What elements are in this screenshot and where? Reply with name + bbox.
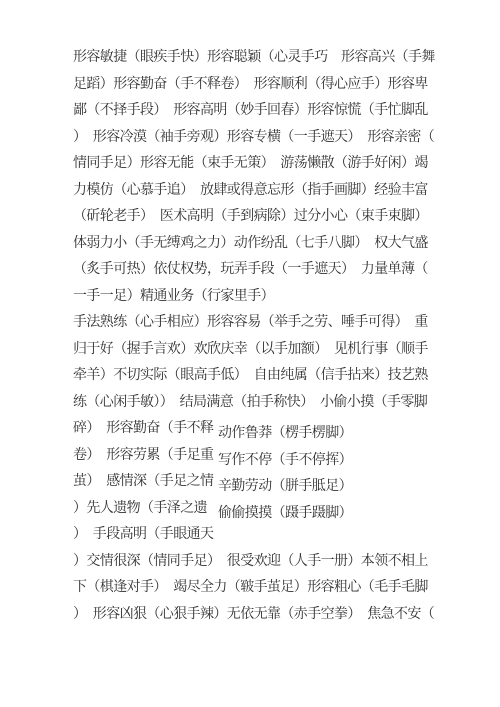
text-line: 形容敏捷（眼疾手快）形容聪颖（心灵手巧 形容高兴（手舞 bbox=[73, 45, 439, 72]
side-text-line: 偷偷摸摸（蹑手蹑脚） bbox=[218, 501, 418, 528]
side-text-line: 写作不停（手不停挥） bbox=[218, 448, 418, 475]
side-text-line: 辛勤劳动（胼手胝足） bbox=[218, 474, 418, 501]
text-line: ）交情很深（情同手足） 很受欢迎（人手一册）本领不相上 bbox=[73, 549, 439, 576]
text-line: 体弱力小（手无缚鸡之力）动作纷乱（七手八脚） 权大气盛 bbox=[73, 231, 439, 258]
document-page: 形容敏捷（眼疾手快）形容聪颖（心灵手巧 形容高兴（手舞 足蹈）形容勤奋（手不释卷… bbox=[0, 0, 500, 707]
text-line: ） 形容冷漠（袖手旁观）形容专横（一手遮天） 形容亲密（ bbox=[73, 125, 439, 152]
text-line: 情同手足）形容无能（束手无策） 游荡懒散（游手好闲）竭 bbox=[73, 151, 439, 178]
text-line: 一手一足）精通业务（行家里手） bbox=[73, 284, 439, 311]
text-line: 下（棋逢对手） 竭尽全力（皲手茧足）形容粗心（毛手毛脚 bbox=[73, 575, 439, 602]
text-line: （斫轮老手） 医术高明（手到病除）过分小心（束手束脚） bbox=[73, 204, 439, 231]
text-line: 练（心闲手敏）） 结局满意（拍手称快） 小偷小摸（手零脚 bbox=[73, 390, 439, 417]
text-line: 鄙（不择手段） 形容高明（妙手回春）形容惊慌（手忙脚乱 bbox=[73, 98, 439, 125]
text-line: 牵羊）不切实际（眼高手低） 自由纯属（信手拈来）技艺熟 bbox=[73, 363, 439, 390]
idiom-text-block: 形容敏捷（眼疾手快）形容聪颖（心灵手巧 形容高兴（手舞 足蹈）形容勤奋（手不释卷… bbox=[73, 45, 439, 628]
side-text-block: 动作鲁莽（楞手楞脚） 写作不停（手不停挥） 辛勤劳动（胼手胝足） 偷偷摸摸（蹑手… bbox=[218, 421, 418, 527]
text-line: （炙手可热）依仗权势，玩弄手段（一手遮天） 力量单薄（ bbox=[73, 257, 439, 284]
text-line: ） 形容凶狠（心狠手辣）无依无靠（赤手空拳） 焦急不安（ bbox=[73, 602, 439, 629]
text-line: 力模仿（心慕手追） 放肆或得意忘形（指手画脚）经验丰富 bbox=[73, 178, 439, 205]
side-text-line: 动作鲁莽（楞手楞脚） bbox=[218, 421, 418, 448]
text-line: 足蹈）形容勤奋（手不释卷） 形容顺利（得心应手）形容卑 bbox=[73, 72, 439, 99]
text-line: 归于好（握手言欢）欢欣庆幸（以手加额） 见机行事（顺手 bbox=[73, 337, 439, 364]
text-line: 手法熟练（心手相应）形容容易（举手之劳、唾手可得） 重 bbox=[73, 310, 439, 337]
